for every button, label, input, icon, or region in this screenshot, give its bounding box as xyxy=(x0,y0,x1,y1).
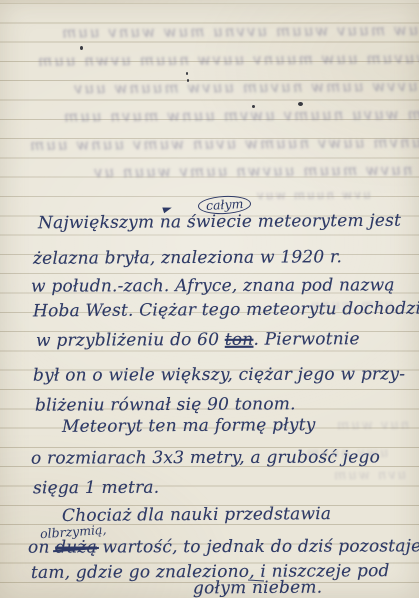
bleedthrough-line: wuum nuvvw uumw nuvum uuvw muunw uuv xyxy=(72,77,419,98)
line-text: wartość, to jednak do dziś pozostaje xyxy=(97,536,419,557)
handwriting-line: w przybliżeniu do 60 ton. Pierwotnie xyxy=(36,329,360,351)
handwriting-line: on dużą wartość, to jednak do dziś pozos… xyxy=(28,536,419,557)
bleedthrough-line: nuv wum xyxy=(335,418,409,434)
line-text: on xyxy=(28,538,55,558)
handwriting-line: żelazna bryła, znaleziona w 1920 r. xyxy=(33,247,342,269)
ink-speck xyxy=(187,79,189,82)
bleedthrough-line: uvnum wuuv muvw uunvm uuwv nuumw uvun wu… xyxy=(28,132,419,154)
notebook-page: uvwm nuuw muuv wuum uvvnu muw wunv uum n… xyxy=(0,0,419,598)
handwriting-line: Hoba West. Ciężar tego meteorytu dochodz… xyxy=(33,299,419,322)
line-text: w przybliżeniu do 60 xyxy=(36,330,225,351)
ink-speck xyxy=(186,72,188,75)
handwriting-line: sięga 1 metra. xyxy=(33,478,159,499)
ink-speck xyxy=(80,46,83,50)
corrected-word: ton xyxy=(225,330,254,350)
line-text: . Pierwotnie xyxy=(253,329,359,350)
bleedthrough-line: muvw uunm wuvu nuumv uwvm uunw muvn uum xyxy=(62,104,419,125)
handwriting-line: o rozmiarach 3x3 metry, a grubość jego xyxy=(31,447,380,468)
bleedthrough-line: uvw nuum wuv xyxy=(255,188,371,203)
handwriting-line: w połudn.-zach. Afryce, znana pod nazwą xyxy=(31,275,395,296)
bleedthrough-line: uvwm nuuw muuv wuum uvvnu muw wunv uum xyxy=(60,20,419,41)
struck-word: dużą xyxy=(55,537,97,557)
handwriting-line: bliżeniu równał się 90 tonom. xyxy=(35,394,296,415)
handwriting-line: Meteoryt ten ma formę płyty xyxy=(62,415,316,437)
handwriting-line: Największym na świecie meteorytem jest xyxy=(38,211,401,234)
ink-speck xyxy=(252,105,255,108)
bleedthrough-line: nuvw muuw nuv wuvum uuw muunv uuvw nuum … xyxy=(36,48,419,70)
ink-speck xyxy=(298,102,303,106)
bleedthrough-line: nuvw muum uuvwn uumv wuun uv xyxy=(92,161,413,181)
bleedthrough-line: uvn wum xyxy=(332,468,406,484)
handwriting-line: gołym niebem. xyxy=(193,578,322,598)
handwriting-line: był on o wiele większy, ciężar jego w pr… xyxy=(33,364,405,385)
